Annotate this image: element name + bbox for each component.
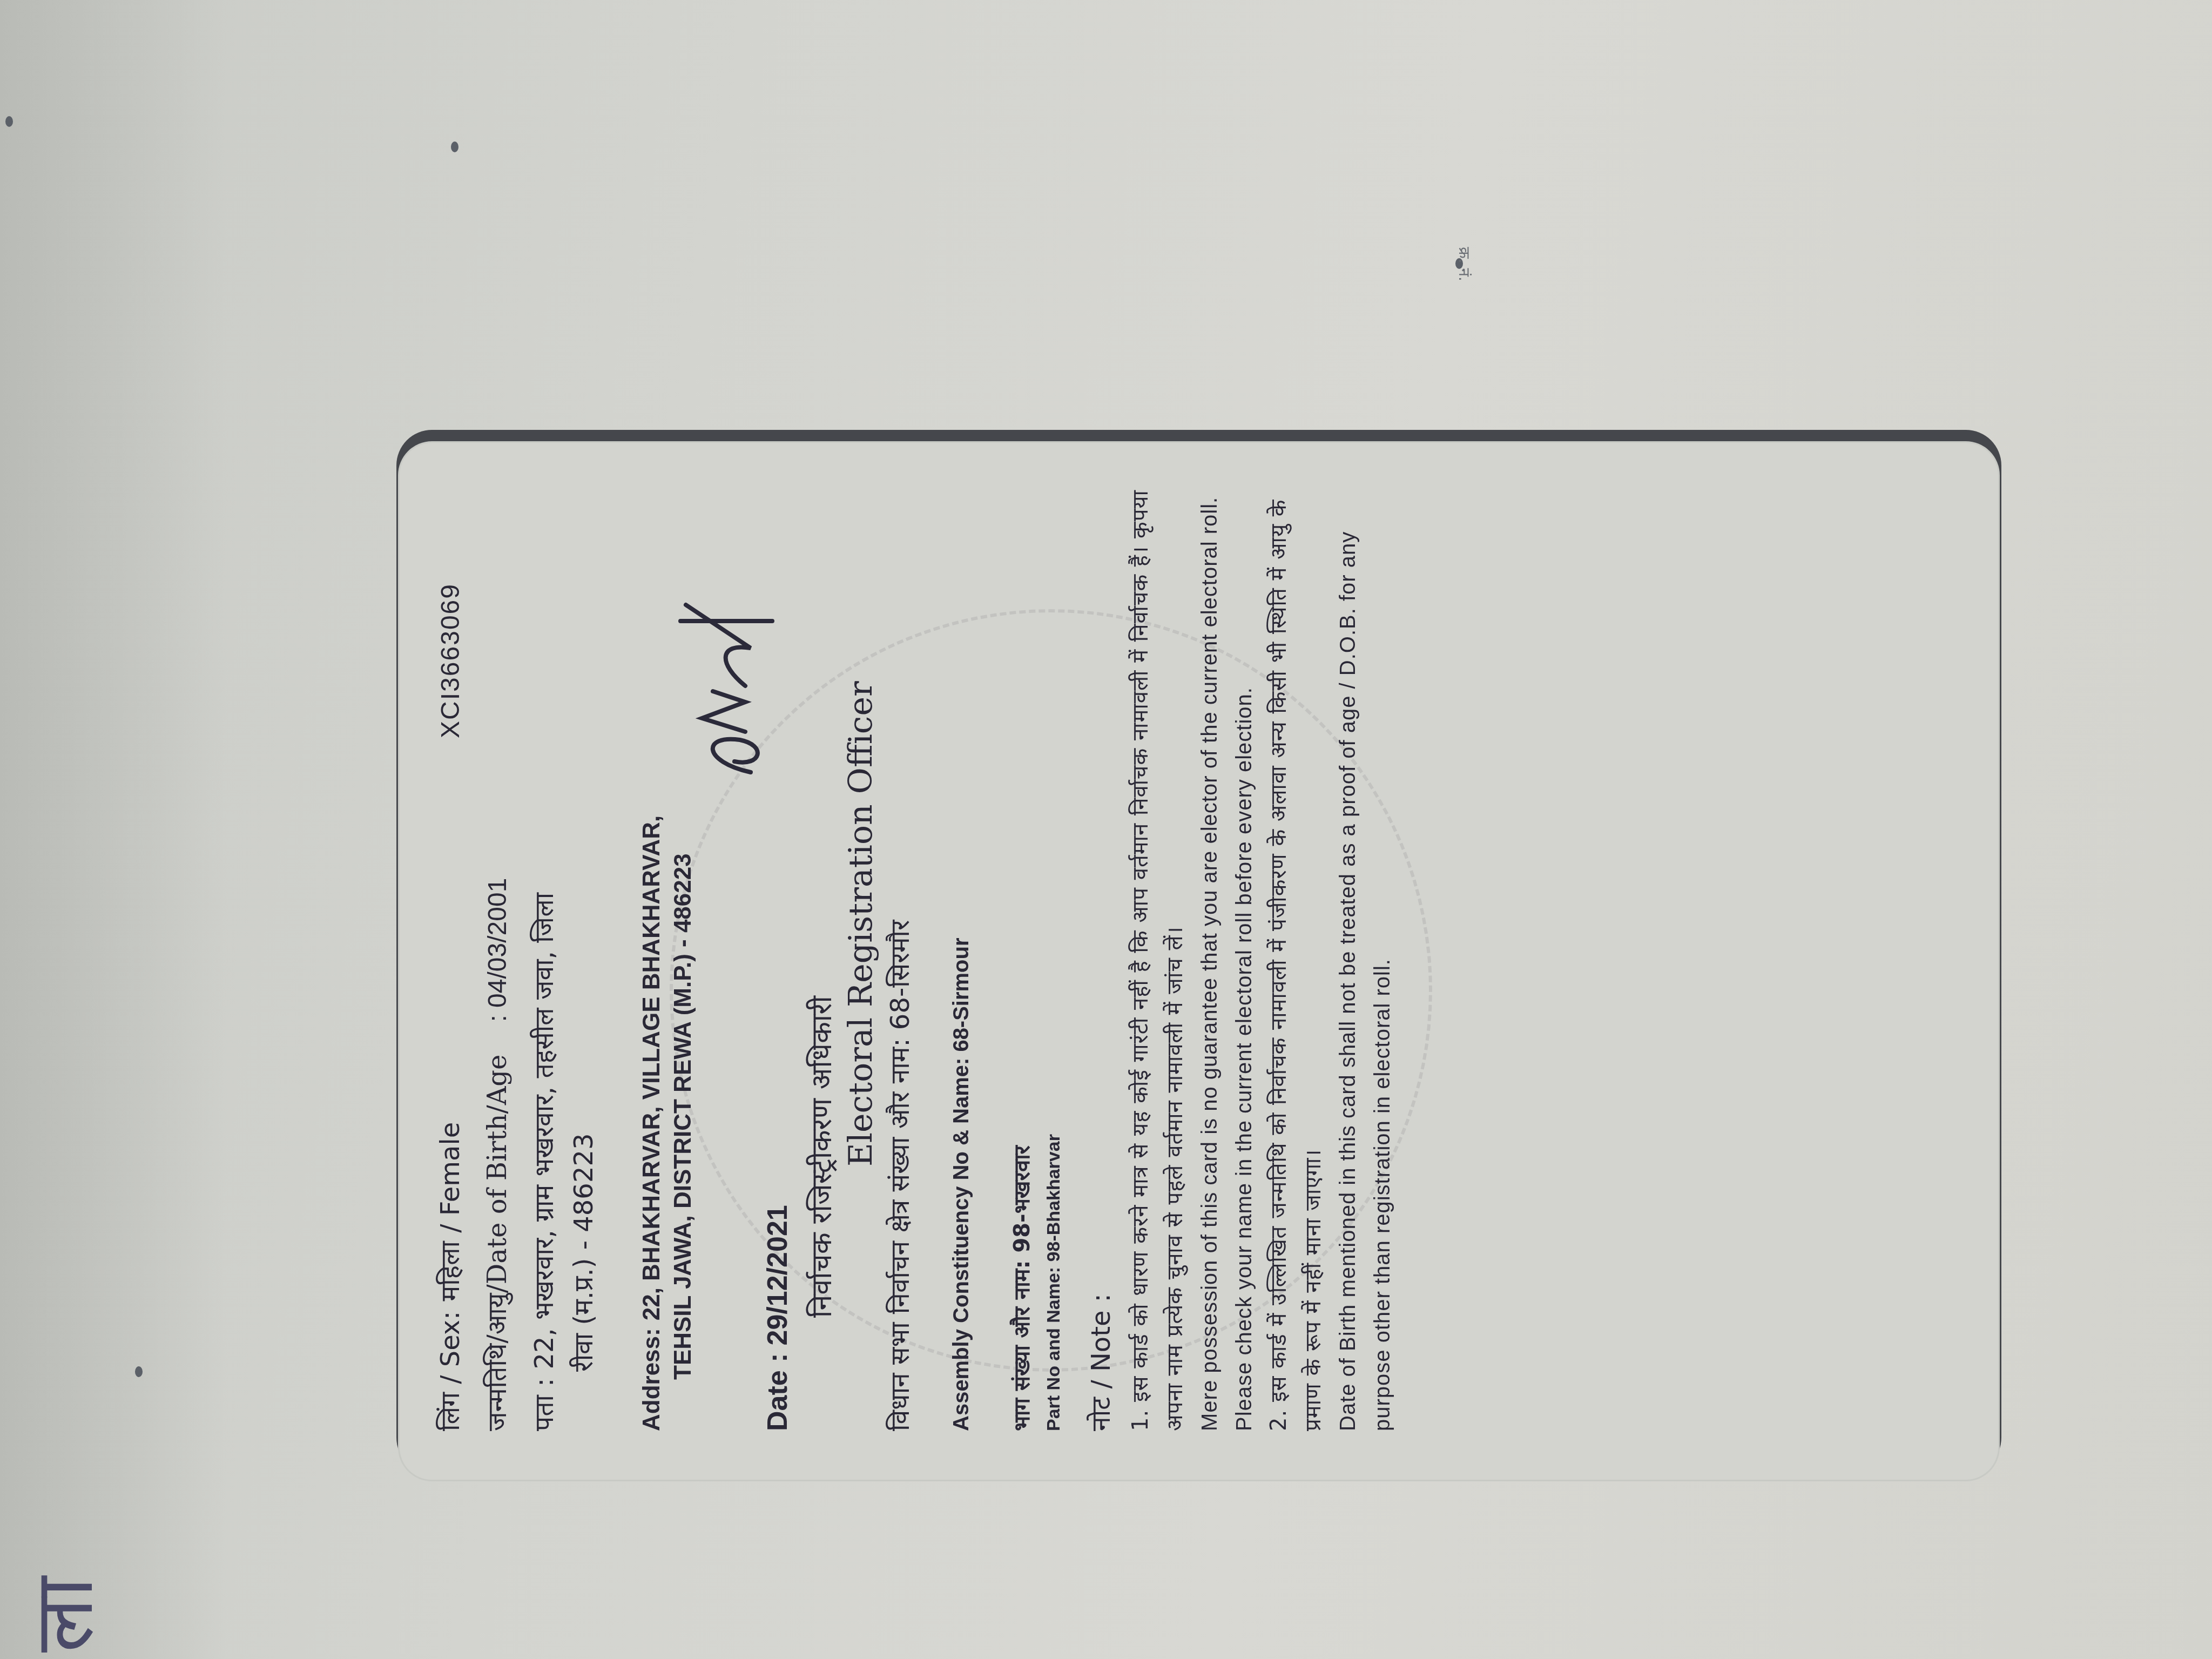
dob-value: : 04/03/2001: [483, 878, 512, 1022]
dob-label: जन्मतिथि/आयु/Date of Birth/Age: [479, 1055, 514, 1431]
address-hindi-line2-row: रीवा (म.प्र.) - 486223: [565, 486, 601, 1431]
officer-english-row: Electoral Registration Officer: [842, 486, 880, 1431]
address-hindi-row: पता : 22, भखरवार, ग्राम भखरवार, तहसील जव…: [526, 486, 561, 1431]
note-2-english: Date of Birth mentioned in this card sha…: [1331, 486, 1400, 1431]
part-hindi: भाग संख्या और नाम: 98-भखरवार: [1006, 1145, 1036, 1431]
sex-label: लिंग / Sex:: [432, 1311, 467, 1431]
date-value: 29/12/2021: [761, 1205, 794, 1345]
address-english-line2: TEHSIL JAWA, DISTRICT REWA (M.P.) - 4862…: [670, 853, 697, 1380]
dob-row: जन्मतिथि/आयु/Date of Birth/Age : 04/03/2…: [479, 486, 514, 1431]
address-english-line1: 22, BHAKHARVAR, VILLAGE BHAKHARVAR,: [638, 815, 665, 1321]
handwritten-mark: ला: [5, 1576, 116, 1653]
assembly-hindi-row: विधान सभा निर्वाचन क्षेत्र संख्या और नाम…: [882, 486, 917, 1431]
note-label-row: नोट / Note :: [1083, 486, 1118, 1431]
part-hindi-row: भाग संख्या और नाम: 98-भखरवार: [1006, 486, 1036, 1431]
ink-dot: [135, 1366, 143, 1377]
part-english-row: Part No and Name: 98-Bhakharvar: [1043, 486, 1064, 1431]
assembly-constituency-english: Assembly Constituency No & Name: 68-Sirm…: [949, 938, 974, 1431]
sex-row: लिंग / Sex: महिला / Female XCI3663069: [432, 486, 467, 1431]
note-1-english: Mere possession of this card is no guara…: [1192, 486, 1262, 1431]
address-hindi-line2: रीवा (म.प्र.) - 486223: [565, 1134, 601, 1372]
date-label: Date :: [761, 1353, 794, 1431]
paper-edge-shadow: [0, 0, 227, 1659]
note-1-hindi: 1. इस कार्ड को धारण करने मात्र से यह कोई…: [1123, 486, 1192, 1431]
signature-icon: [670, 589, 778, 783]
epic-number: XCI3663069: [436, 583, 466, 738]
card-content: लिंग / Sex: महिला / Female XCI3663069 जन…: [432, 486, 1966, 1431]
address-hindi-label: पता :: [526, 1378, 561, 1432]
sex-value: महिला / Female: [432, 1122, 467, 1301]
officer-title-hindi: निर्वाचक रजिस्ट्रीकरण अधिकारी: [801, 996, 840, 1318]
ink-dot: [451, 141, 458, 152]
voter-id-card-back: लिंग / Sex: महिला / Female XCI3663069 जन…: [400, 443, 1998, 1480]
note-2-hindi: 2. इस कार्ड में उल्लिखित जन्मतिथि को निर…: [1262, 486, 1331, 1431]
assembly-constituency-hindi: विधान सभा निर्वाचन क्षेत्र संख्या और नाम…: [882, 920, 917, 1431]
small-print-mark: क्र. नं.: [1454, 247, 1475, 281]
address-hindi-line1: 22, भखरवार, ग्राम भखरवार, तहसील जवा, जिल…: [526, 893, 561, 1370]
officer-title-english: Electoral Registration Officer: [842, 681, 880, 1166]
address-english-label: Address:: [638, 1328, 665, 1431]
note-label: नोट / Note :: [1083, 1293, 1118, 1431]
part-english: Part No and Name: 98-Bhakharvar: [1043, 1134, 1064, 1431]
ink-dot: [5, 116, 13, 127]
officer-hindi-row: निर्वाचक रजिस्ट्रीकरण अधिकारी: [801, 486, 840, 1431]
address-english-row: Address: 22, BHAKHARVAR, VILLAGE BHAKHAR…: [638, 486, 665, 1431]
assembly-english-row: Assembly Constituency No & Name: 68-Sirm…: [949, 486, 974, 1431]
date-row: Date : 29/12/2021: [761, 486, 794, 1431]
